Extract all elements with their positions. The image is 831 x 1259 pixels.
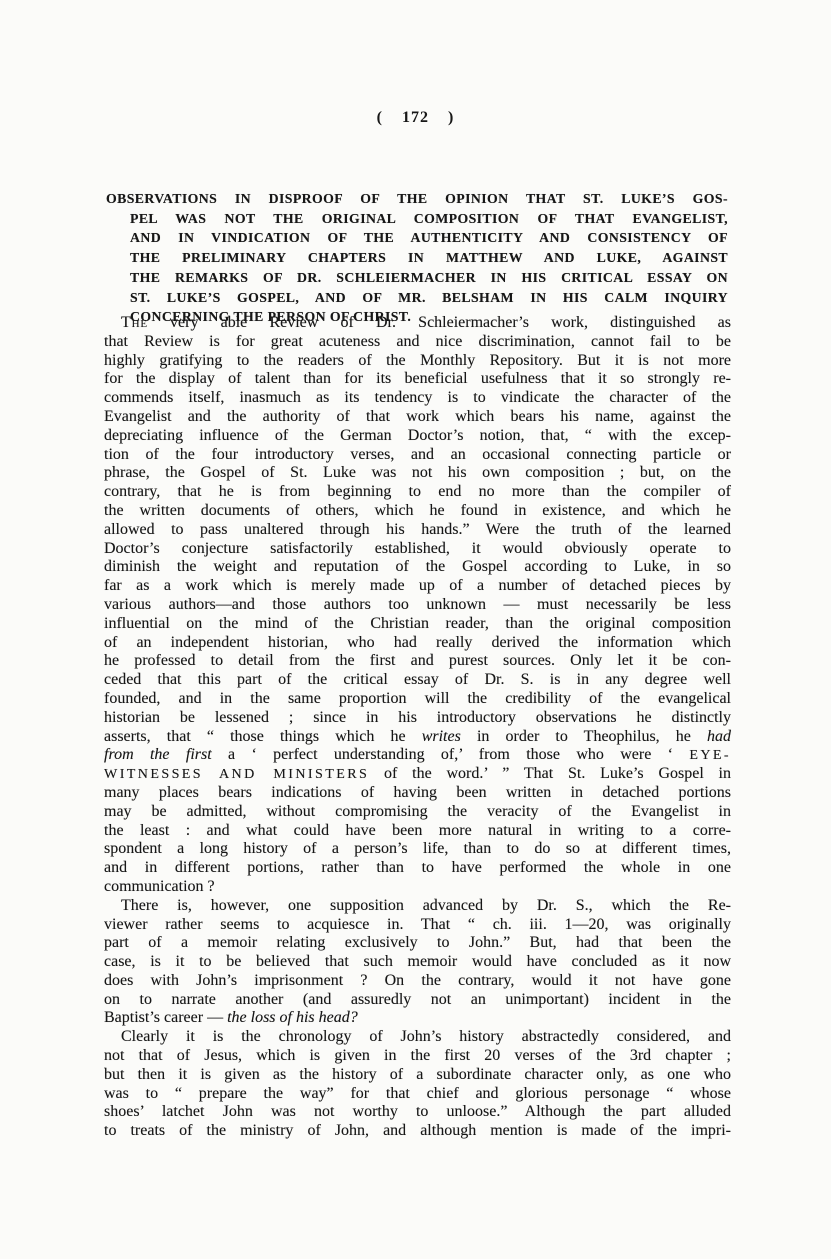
text-line: Clearly it is the chronology of John’s h… [104, 1028, 731, 1047]
text-line: tion of the four introductory verses, an… [104, 446, 731, 465]
text-line: to treats of the ministry of John, and a… [104, 1122, 731, 1141]
article-body: The very able Review of Dr. Schleiermach… [104, 314, 731, 1141]
heading-line: ST. LUKE’S GOSPEL, AND OF MR. BELSHAM IN… [106, 288, 728, 308]
text-line: influential on the mind of the Christian… [104, 615, 731, 634]
text-line: was to “ prepare the way” for that chief… [104, 1085, 731, 1104]
text-line: Evangelist and the authority of that wor… [104, 408, 731, 427]
text-line: he professed to detail from the first an… [104, 652, 731, 671]
text-line: The very able Review of Dr. Schleiermach… [104, 314, 731, 333]
heading-line: THE REMARKS OF DR. SCHLEIERMACHER IN HIS… [106, 268, 728, 288]
text-line: the written documents of others, which h… [104, 502, 731, 521]
scanned-book-page: ( 172 ) OBSERVATIONS IN DISPROOF OF THE … [0, 0, 831, 1259]
heading-line: AND IN VINDICATION OF THE AUTHENTICITY A… [106, 228, 728, 248]
text-line: WITNESSES AND MINISTERS of the word.’ ” … [104, 765, 731, 784]
text-line: historian be lessened ; since in his int… [104, 709, 731, 728]
text-line: spondent a long history of a person’s li… [104, 840, 731, 859]
text-line: ceded that this part of the critical ess… [104, 671, 731, 690]
text-line: various authors—and those authors too un… [104, 596, 731, 615]
text-line: commends itself, inasmuch as its tendenc… [104, 389, 731, 408]
text-line: depreciating influence of the German Doc… [104, 427, 731, 446]
text-line: allowed to pass unaltered through his ha… [104, 521, 731, 540]
text-line: There is, however, one supposition advan… [104, 897, 731, 916]
text-line: but then it is given as the history of a… [104, 1066, 731, 1085]
text-line: viewer rather seems to acquiesce in. Tha… [104, 916, 731, 935]
text-line: on to narrate another (and assuredly not… [104, 991, 731, 1010]
text-line: founded, and in the same proportion will… [104, 690, 731, 709]
text-line: diminish the weight and reputation of th… [104, 558, 731, 577]
text-line: asserts, that “ those things which he wr… [104, 728, 731, 747]
article-heading: OBSERVATIONS IN DISPROOF OF THE OPINION … [106, 189, 728, 327]
heading-line: OBSERVATIONS IN DISPROOF OF THE OPINION … [106, 189, 728, 209]
paragraph: There is, however, one supposition advan… [104, 897, 731, 1029]
text-line: and in different portions, rather than t… [104, 859, 731, 878]
text-line: far as a work which is merely made up of… [104, 577, 731, 596]
text-line: many places bears indications of having … [104, 784, 731, 803]
page-number: ( 172 ) [0, 109, 831, 127]
heading-line: THE PRELIMINARY CHAPTERS IN MATTHEW AND … [106, 248, 728, 268]
text-line: for the display of talent than for its b… [104, 370, 731, 389]
text-line: highly gratifying to the readers of the … [104, 352, 731, 371]
text-line: that Review is for great acuteness and n… [104, 333, 731, 352]
text-line: phrase, the Gospel of St. Luke was not h… [104, 464, 731, 483]
text-line: of an independent historian, who had rea… [104, 634, 731, 653]
text-line: from the first a ‘ perfect understanding… [104, 746, 731, 765]
text-line: contrary, that he is from beginning to e… [104, 483, 731, 502]
text-line: does with John’s imprisonment ? On the c… [104, 972, 731, 991]
text-line: shoes’ latchet John was not worthy to un… [104, 1103, 731, 1122]
text-line: case, is it to be believed that such mem… [104, 953, 731, 972]
text-line: Doctor’s conjecture satisfactorily estab… [104, 540, 731, 559]
text-line: communication ? [104, 878, 731, 897]
text-line: Baptist’s career — the loss of his head? [104, 1009, 731, 1028]
text-line: the least : and what could have been mor… [104, 822, 731, 841]
paragraph: Clearly it is the chronology of John’s h… [104, 1028, 731, 1141]
text-line: may be admitted, without compromising th… [104, 803, 731, 822]
heading-line: PEL WAS NOT THE ORIGINAL COMPOSITION OF … [106, 209, 728, 229]
text-line: part of a memoir relating exclusively to… [104, 934, 731, 953]
paragraph: The very able Review of Dr. Schleiermach… [104, 314, 731, 897]
text-line: not that of Jesus, which is given in the… [104, 1047, 731, 1066]
